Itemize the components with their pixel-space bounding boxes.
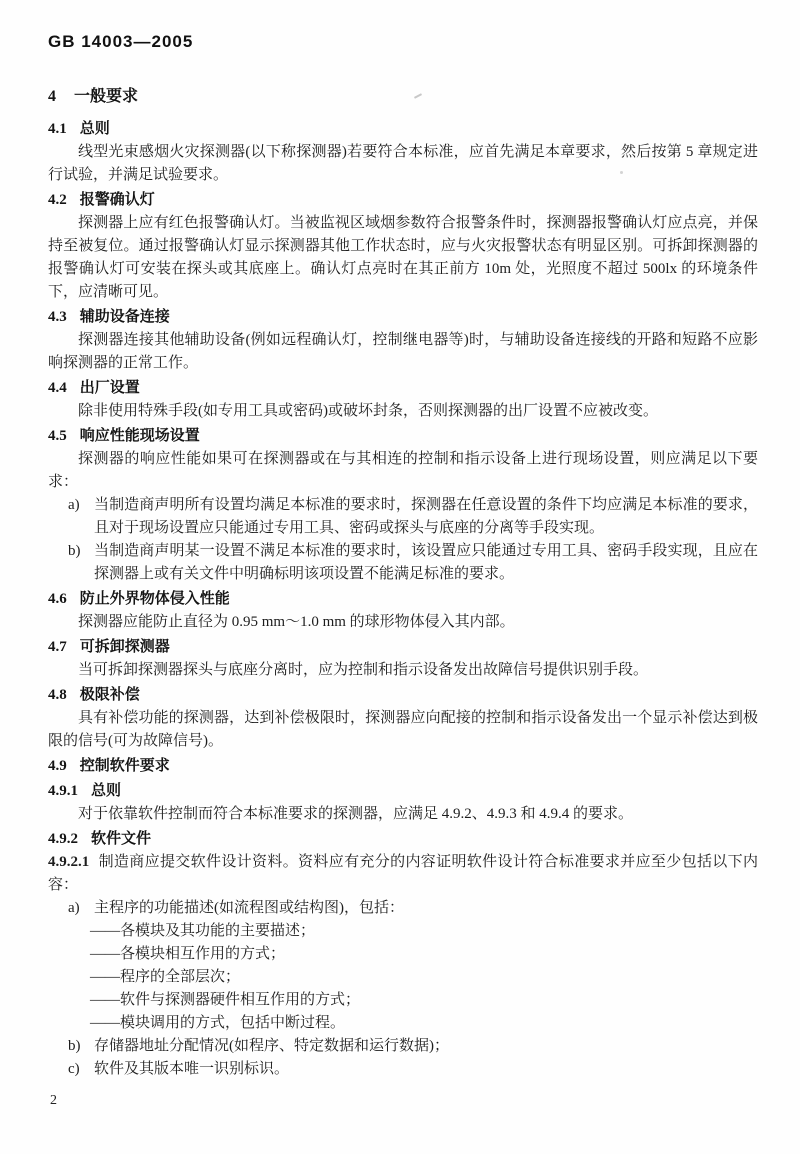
heading-number: 4 (48, 88, 56, 105)
list-item-label: c) (68, 1058, 80, 1081)
section-heading: 4.1总则 (48, 118, 758, 141)
paragraph: 除非使用特殊手段(如专用工具或密码)或破坏封条，否则探测器的出厂设置不应被改变。 (48, 400, 758, 423)
paragraph: 探测器连接其他辅助设备(例如远程确认灯，控制继电器等)时，与辅助设备连接线的开路… (48, 329, 758, 375)
heading-number: 4.4 (48, 380, 67, 396)
clause-text: 制造商应提交软件设计资料。资料应有充分的内容证明软件设计符合标准要求并应至少包括… (48, 854, 758, 893)
heading-number: 4.6 (48, 591, 67, 607)
list-item-label: b) (68, 1035, 81, 1058)
page-number: 2 (50, 1089, 57, 1112)
list-item: a)当制造商声明所有设置均满足本标准的要求时，探测器在任意设置的条件下均应满足本… (48, 494, 758, 540)
paragraph: 探测器的响应性能如果可在探测器或在与其相连的控制和指示设备上进行现场设置，则应满… (48, 448, 758, 494)
paragraph: 当可拆卸探测器探头与底座分离时，应为控制和指示设备发出故障信号提供识别手段。 (48, 659, 758, 682)
paragraph: 对于依靠软件控制而符合本标准要求的探测器，应满足 4.9.2、4.9.3 和 4… (48, 803, 758, 826)
section-heading: 4.6防止外界物体侵入性能 (48, 588, 758, 611)
heading-title: 总则 (91, 783, 121, 799)
heading-title: 控制软件要求 (80, 758, 170, 774)
heading-title: 报警确认灯 (80, 192, 155, 208)
list-item: b)存储器地址分配情况(如程序、特定数据和运行数据)； (48, 1035, 758, 1058)
list-item-label: b) (68, 540, 81, 563)
dash-item: ——各模块相互作用的方式； (90, 943, 758, 966)
list-item: a)主程序的功能描述(如流程图或结构图)，包括： (48, 897, 758, 920)
section-heading: 4.7可拆卸探测器 (48, 636, 758, 659)
paragraph: 探测器应能防止直径为 0.95 mm～1.0 mm 的球形物体侵入其内部。 (48, 611, 758, 634)
dash-item: ——模块调用的方式，包括中断过程。 (90, 1012, 758, 1035)
list-item: b)当制造商声明某一设置不满足本标准的要求时，该设置应只能通过专用工具、密码手段… (48, 540, 758, 586)
heading-title: 极限补偿 (80, 687, 140, 703)
document-page: GB 14003—2005 4一般要求4.1总则线型光束感烟火灾探测器(以下称探… (0, 0, 800, 1154)
section-heading: 4.5响应性能现场设置 (48, 425, 758, 448)
heading-number: 4.3 (48, 309, 67, 325)
dash-item: ——各模块及其功能的主要描述； (90, 920, 758, 943)
heading-number: 4.9.2 (48, 831, 78, 847)
heading-number: 4.5 (48, 428, 67, 444)
list-item-label: a) (68, 494, 80, 517)
list-item-text: 软件及其版本唯一识别标识。 (94, 1061, 289, 1077)
dash-item: ——程序的全部层次； (90, 966, 758, 989)
heading-number: 4.7 (48, 639, 67, 655)
heading-title: 出厂设置 (80, 380, 140, 396)
section-heading: 4.9.1总则 (48, 780, 758, 803)
list-item-text: 主程序的功能描述(如流程图或结构图)，包括： (94, 900, 404, 916)
heading-title: 防止外界物体侵入性能 (80, 591, 230, 607)
list-item-label: a) (68, 897, 80, 920)
paragraph: 探测器上应有红色报警确认灯。当被监视区域烟参数符合报警条件时，探测器报警确认灯应… (48, 212, 758, 304)
section-heading: 4.8极限补偿 (48, 684, 758, 707)
section-heading: 4.9控制软件要求 (48, 755, 758, 778)
list-item-text: 当制造商声明所有设置均满足本标准的要求时，探测器在任意设置的条件下均应满足本标准… (94, 497, 758, 536)
document-body: 4一般要求4.1总则线型光束感烟火灾探测器(以下称探测器)若要符合本标准，应首先… (48, 85, 758, 1081)
heading-title: 辅助设备连接 (80, 309, 170, 325)
paragraph: 线型光束感烟火灾探测器(以下称探测器)若要符合本标准，应首先满足本章要求，然后按… (48, 141, 758, 187)
heading-title: 一般要求 (74, 88, 138, 105)
scan-artifact (620, 171, 623, 174)
heading-title: 响应性能现场设置 (80, 428, 200, 444)
heading-title: 可拆卸探测器 (80, 639, 170, 655)
numbered-paragraph: 4.9.2.1制造商应提交软件设计资料。资料应有充分的内容证明软件设计符合标准要… (48, 851, 758, 897)
list-item: c)软件及其版本唯一识别标识。 (48, 1058, 758, 1081)
heading-title: 软件文件 (91, 831, 151, 847)
dash-item: ——软件与探测器硬件相互作用的方式； (90, 989, 758, 1012)
chapter-heading: 4一般要求 (48, 85, 758, 108)
heading-number: 4.9 (48, 758, 67, 774)
section-heading: 4.2报警确认灯 (48, 189, 758, 212)
list-item-text: 存储器地址分配情况(如程序、特定数据和运行数据)； (94, 1038, 449, 1054)
standard-code: GB 14003—2005 (48, 30, 758, 53)
clause-number: 4.9.2.1 (48, 854, 89, 870)
section-heading: 4.9.2软件文件 (48, 828, 758, 851)
heading-title: 总则 (80, 121, 110, 137)
list-item-text: 当制造商声明某一设置不满足本标准的要求时，该设置应只能通过专用工具、密码手段实现… (94, 543, 758, 582)
section-heading: 4.3辅助设备连接 (48, 306, 758, 329)
heading-number: 4.1 (48, 121, 67, 137)
heading-number: 4.2 (48, 192, 67, 208)
paragraph: 具有补偿功能的探测器，达到补偿极限时，探测器应向配接的控制和指示设备发出一个显示… (48, 707, 758, 753)
heading-number: 4.8 (48, 687, 67, 703)
section-heading: 4.4出厂设置 (48, 377, 758, 400)
heading-number: 4.9.1 (48, 783, 78, 799)
